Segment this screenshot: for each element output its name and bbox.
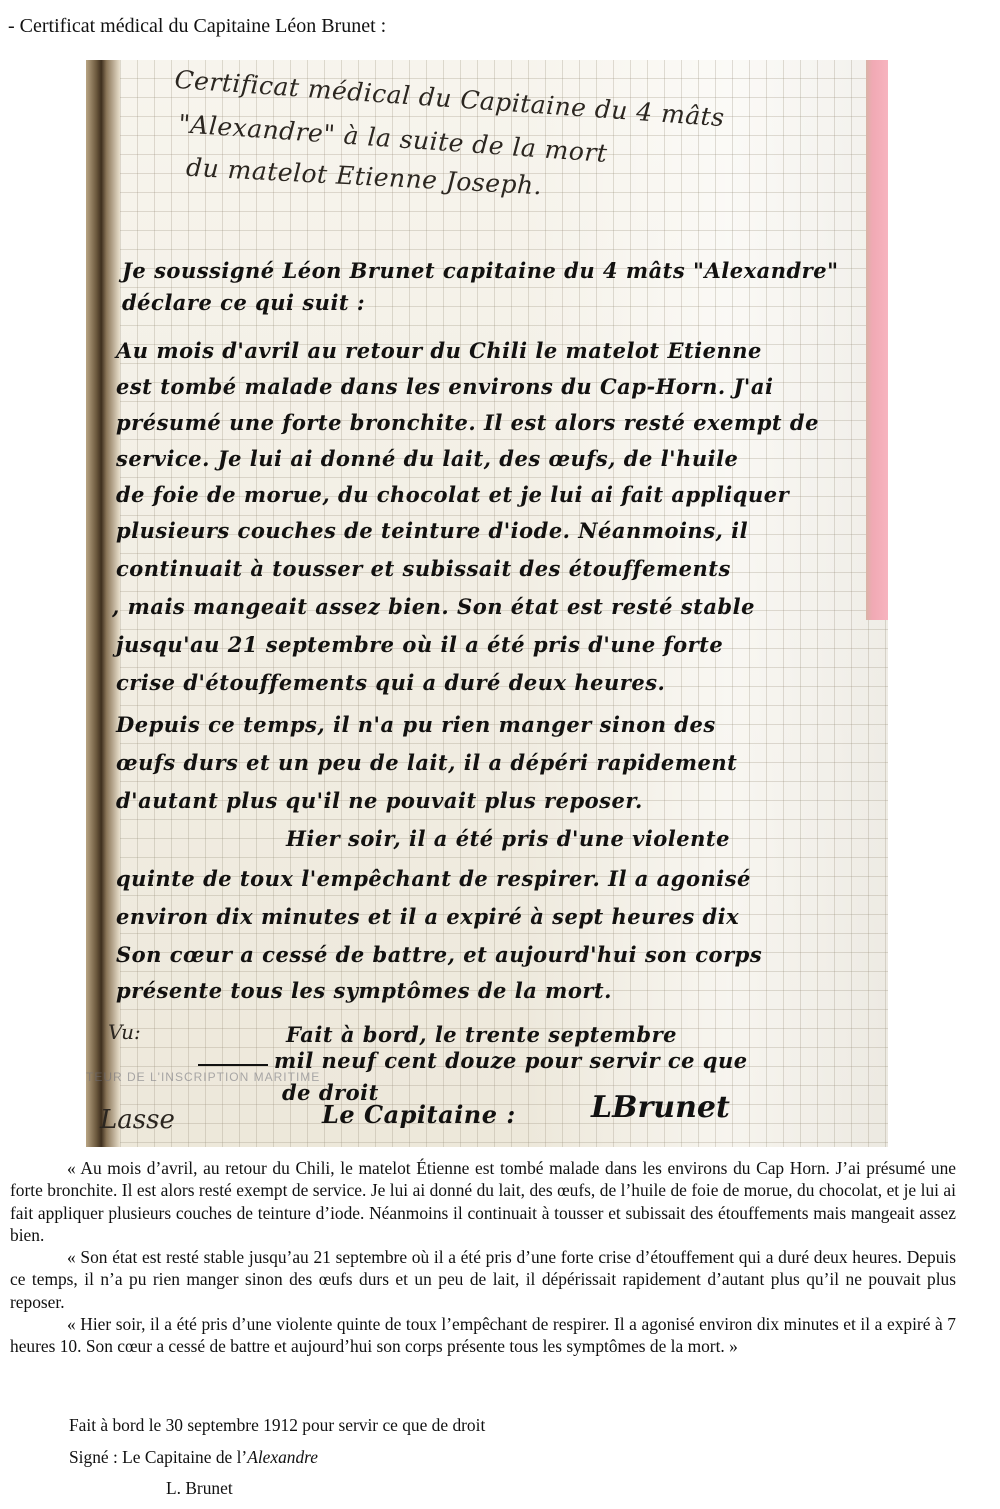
transcription-paragraph: « Hier soir, il a été pris d’une violent…	[10, 1313, 956, 1358]
hw-body-line: de foie de morue, du chocolat et je lui …	[116, 482, 789, 507]
hw-body-line: Au mois d'avril au retour du Chili le ma…	[116, 338, 762, 363]
hw-body-line: Je soussigné Léon Brunet capitaine du 4 …	[122, 258, 839, 283]
pink-page-edge	[866, 60, 888, 620]
hw-body-line: Fait à bord, le trente septembre	[286, 1022, 677, 1047]
certificate-photo: nici ƒ Certificat médical du Capitaine d…	[86, 60, 888, 1147]
ship-name: Alexandre	[247, 1447, 318, 1467]
captain-label: Le Capitaine :	[322, 1100, 516, 1129]
hw-body-line: d'autant plus qu'il ne pouvait plus repo…	[116, 788, 643, 813]
vu-annotation: Vu:	[108, 1020, 141, 1044]
hw-body-line: Hier soir, il a été pris d'une violente	[286, 826, 730, 851]
hw-body-line: environ dix minutes et il a expiré à sep…	[116, 904, 739, 929]
hw-body-line: est tombé malade dans les environs du Ca…	[116, 374, 773, 399]
hw-body-line: déclare ce qui suit :	[122, 290, 365, 315]
hw-body-line: jusqu'au 21 septembre où il a été pris d…	[116, 632, 723, 657]
transcription-paragraph: « Son état est resté stable jusqu’au 21 …	[10, 1246, 956, 1313]
hw-body-line: quinte de toux l'empêchant de respirer. …	[116, 866, 751, 891]
captain-signature: LBrunet	[591, 1090, 730, 1125]
closing-line: Fait à bord le 30 septembre 1912 pour se…	[69, 1414, 485, 1436]
spine-text: nici ƒ	[86, 100, 87, 125]
registry-stamp: TEUR DE L'INSCRIPTION MARITIME	[86, 1070, 320, 1084]
hw-body-line: œufs durs et un peu de lait, il a dépéri…	[116, 750, 737, 775]
section-heading: - Certificat médical du Capitaine Léon B…	[8, 14, 386, 38]
signed-prefix: Signé : Le Capitaine de l’	[69, 1447, 247, 1467]
hw-body-line: mil neuf cent douze pour servir ce que	[274, 1048, 748, 1073]
visa-signature: Lasse	[100, 1105, 175, 1135]
hw-body-line: Son cœur a cessé de battre, et aujourd'h…	[116, 942, 762, 967]
hw-body-line: présumé une forte bronchite. Il est alor…	[116, 410, 819, 435]
hw-body-line: service. Je lui ai donné du lait, des œu…	[116, 446, 738, 471]
hw-body-line: continuait à tousser et subissait des ét…	[116, 556, 731, 581]
hw-body-line: crise d'étouffements qui a duré deux heu…	[116, 670, 665, 695]
hw-underline	[198, 1064, 268, 1066]
transcription-paragraph: « Au mois d’avril, au retour du Chili, l…	[10, 1157, 956, 1246]
hw-body-line: Depuis ce temps, il n'a pu rien manger s…	[116, 712, 716, 737]
signature-name: L. Brunet	[166, 1477, 233, 1499]
hw-body-line: , mais mangeait assez bien. Son état est…	[112, 594, 755, 619]
hw-body-line: plusieurs couches de teinture d'iode. Né…	[116, 518, 748, 543]
signed-line: Signé : Le Capitaine de l’Alexandre	[69, 1446, 318, 1468]
hw-body-line: présente tous les symptômes de la mort.	[116, 978, 612, 1003]
transcription: « Au mois d’avril, au retour du Chili, l…	[10, 1157, 956, 1358]
